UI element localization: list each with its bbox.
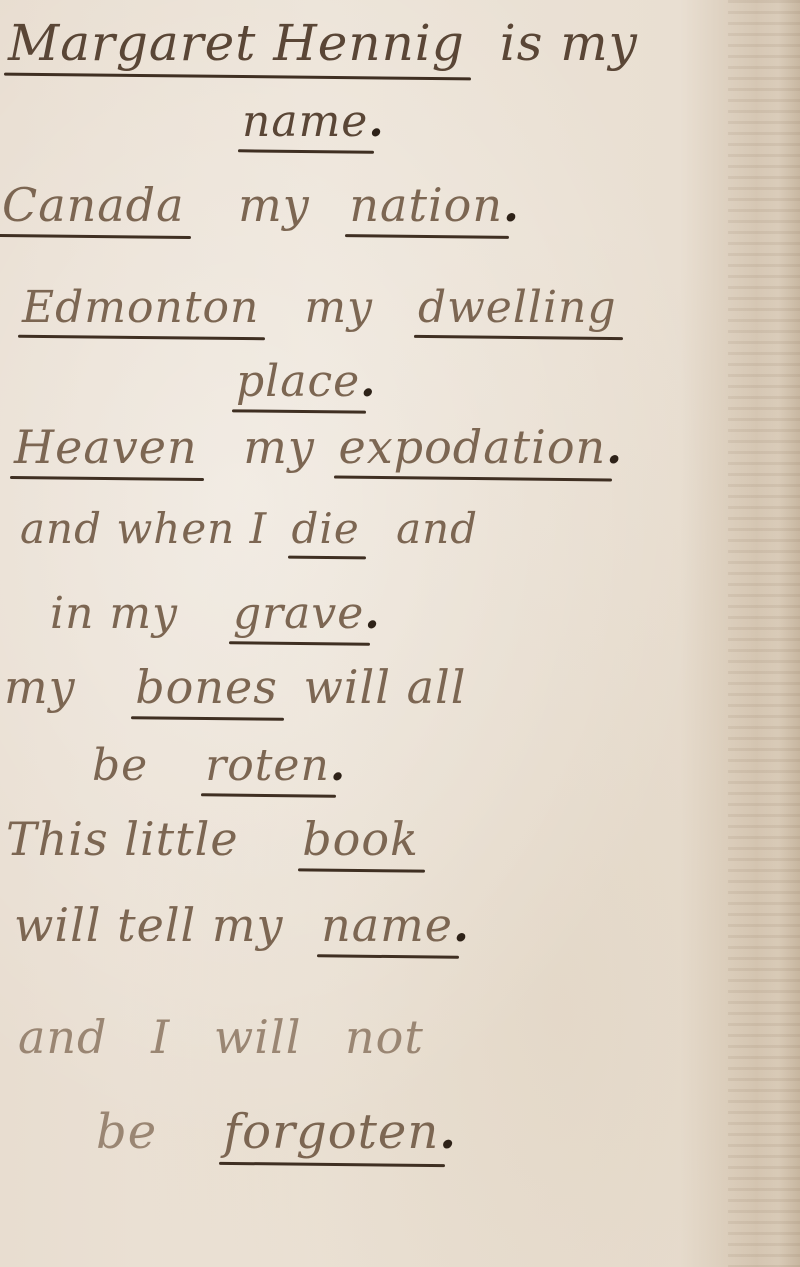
period: . — [439, 1104, 457, 1160]
word: is my — [500, 14, 638, 72]
underlined-word: grave — [233, 588, 364, 639]
period: . — [330, 740, 346, 791]
period: . — [606, 420, 623, 474]
line-6: Heaven my expodation. — [14, 420, 623, 474]
underlined-word: nation — [349, 178, 503, 232]
period: . — [360, 356, 376, 407]
underlined-word: Edmonton — [22, 282, 259, 333]
line-2: name. — [242, 96, 385, 147]
line-8: in my grave. — [50, 588, 381, 639]
line-9: my bones will all — [4, 660, 466, 714]
word: and when I — [20, 504, 267, 553]
underlined-word: roten — [205, 740, 330, 791]
word: my — [304, 282, 373, 333]
word: my — [238, 178, 310, 232]
word: be — [92, 740, 148, 791]
line-5: place. — [236, 356, 376, 407]
underlined-word: name — [242, 96, 368, 147]
word: This little — [6, 812, 239, 866]
underlined-word: expodation — [338, 420, 606, 474]
underlined-word: bones — [135, 660, 278, 714]
word: my — [243, 420, 315, 474]
word: in my — [50, 588, 178, 639]
line-3: Canada my nation. — [2, 178, 520, 232]
line-1: Margaret Hennig is my — [8, 14, 638, 72]
underlined-word: name — [321, 898, 453, 952]
underlined-word: Canada — [2, 178, 185, 232]
binding-gutter — [728, 0, 800, 1267]
period: . — [453, 898, 470, 952]
underlined-word: book — [302, 812, 419, 866]
document-page: Margaret Hennig is my name. Canada my na… — [0, 0, 800, 1267]
word: be — [96, 1104, 157, 1160]
underlined-word: Heaven — [14, 420, 198, 474]
underlined-word: Margaret Hennig — [8, 14, 465, 72]
line-12: will tell my name. — [14, 898, 470, 952]
period: . — [368, 96, 384, 147]
line-7: and when I die and — [20, 504, 478, 553]
line-10: be roten. — [92, 740, 346, 791]
period: . — [503, 178, 520, 232]
word: my — [4, 660, 76, 714]
line-14: be forgoten. — [96, 1104, 457, 1160]
line-11: This little book — [6, 812, 419, 866]
underlined-word: dwelling — [418, 282, 617, 333]
line-13: and I will not — [18, 1010, 424, 1064]
line-4: Edmonton my dwelling — [22, 282, 617, 333]
word: and I will not — [18, 1010, 424, 1064]
word: will all — [303, 660, 466, 714]
word: will tell my — [14, 898, 284, 952]
period: . — [364, 588, 380, 639]
word: and — [396, 504, 478, 553]
underlined-word: forgoten — [223, 1104, 439, 1160]
underlined-word: die — [292, 504, 360, 553]
underlined-word: place — [236, 356, 360, 407]
